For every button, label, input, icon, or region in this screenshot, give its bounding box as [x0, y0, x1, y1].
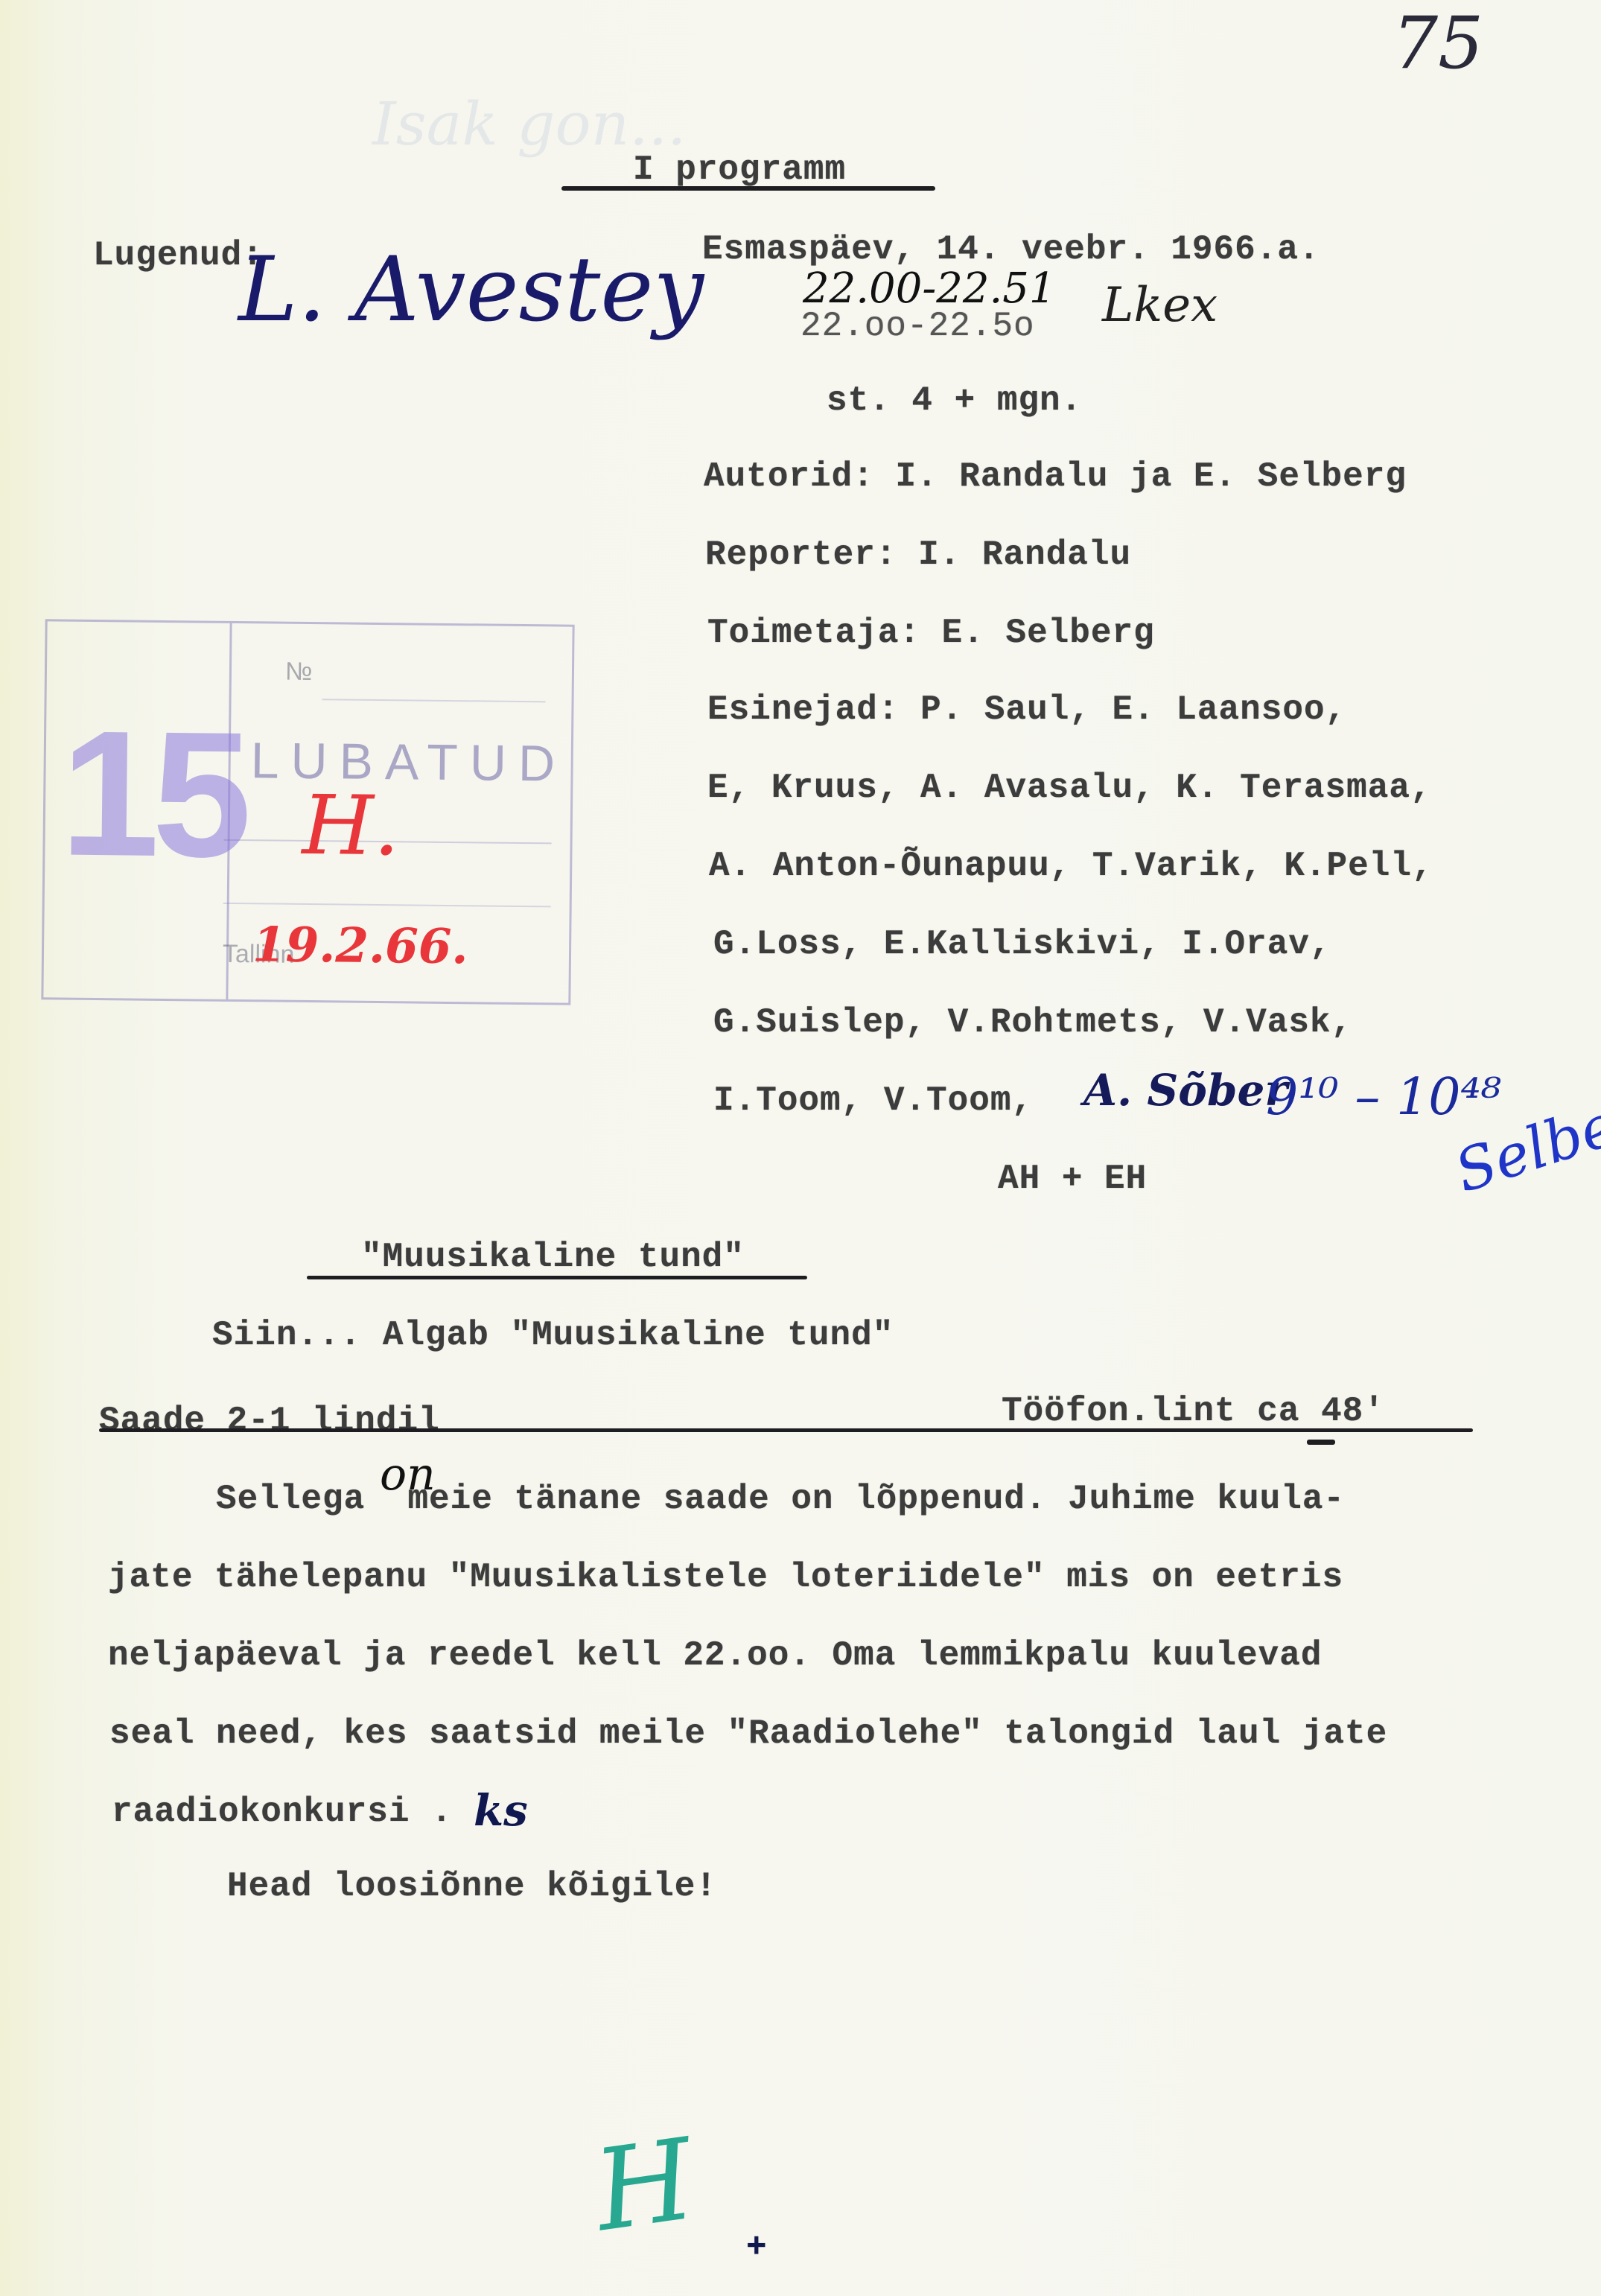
body-correction-suffix: ks — [474, 1789, 528, 1832]
credit-label: Esinejad: — [707, 690, 899, 729]
handwritten-time-note: 9¹⁰ – 10⁴⁸ — [1266, 1072, 1501, 1123]
stamp-word: LUBATUD — [250, 731, 567, 792]
credit-label: Toimetaja: — [707, 614, 920, 652]
intro-line: Siin... Algab "Muusikaline tund" — [212, 1318, 894, 1352]
date-line: Esmaspäev, 14. veebr. 1966.a. — [702, 232, 1320, 267]
show-title-underline — [307, 1276, 807, 1279]
credit-editor: Toimetaja: E. Selberg — [707, 616, 1155, 650]
performers-line: G.Suislep, V.Rohtmets, V.Vask, — [713, 1005, 1352, 1040]
credit-label: Reporter: — [705, 535, 897, 574]
program-heading: I programm — [633, 153, 846, 187]
stamp-no-label: № — [285, 658, 313, 687]
stamp-no-line — [322, 699, 546, 702]
performer-handwritten-addition: A. Sõber — [1083, 1069, 1288, 1112]
credit-value: E. Selberg — [942, 614, 1155, 652]
body-correction-insert: on — [380, 1452, 436, 1497]
tape-left: Saade 2-1 lindil — [99, 1404, 440, 1438]
read-by-signature: L. Avestey — [238, 246, 704, 335]
credit-label: Autorid: — [704, 457, 874, 496]
stamp-line — [223, 903, 551, 908]
closing-line: Head loosiõnne kõigile! — [227, 1869, 717, 1904]
show-title: "Muusikaline tund" — [361, 1240, 745, 1274]
page-number: 75 — [1392, 7, 1483, 79]
performers-line: G.Loss, E.Kalliskivi, I.Orav, — [713, 927, 1331, 961]
body-line: seal need, kes saatsid meile "Raadiolehe… — [109, 1717, 1387, 1751]
performers-line: A. Anton-Õunapuu, T.Varik, K.Pell, — [709, 849, 1433, 883]
tape-right: Tööfon.lint ca 48' — [1002, 1394, 1385, 1428]
performers-line: E, Kruus, A. Avasalu, K. Terasmaa, — [707, 771, 1432, 805]
technicians-line: AH + EH — [998, 1162, 1147, 1196]
approval-stamp: 15 № LUBATUD Tallinn H. 19.2.66. — [41, 619, 574, 1005]
stamp-signature: H. — [302, 784, 400, 867]
credit-reporter: Reporter: I. Randalu — [705, 538, 1131, 572]
time-handwritten: 22.00-22.51 — [803, 268, 1056, 310]
time-handwritten-note: Lkex — [1102, 282, 1218, 329]
stamp-date: 19.2.66. — [252, 921, 468, 971]
bottom-plus-mark: + — [746, 2230, 768, 2265]
credit-authors: Autorid: I. Randalu ja E. Selberg — [704, 459, 1407, 494]
tape-underline — [99, 1428, 1473, 1432]
document-page: Isak gon... 75 I programm Lugenud: L. Av… — [0, 0, 1601, 2296]
credit-value: I. Randalu — [918, 535, 1131, 574]
credit-value: P. Saul, E. Laansoo, — [920, 690, 1346, 729]
body-line: jate tähelepanu "Muusikalistele loteriid… — [108, 1560, 1343, 1594]
studio-line: st. 4 + mgn. — [827, 384, 1082, 418]
body-line: neljapäeval ja reedel kell 22.oo. Oma le… — [108, 1638, 1322, 1673]
credit-performers: Esinejad: P. Saul, E. Laansoo, — [707, 693, 1346, 727]
body-line: raadiokonkursi . — [112, 1795, 453, 1829]
program-heading-underline — [561, 186, 935, 191]
bottom-initials: H — [588, 2124, 700, 2248]
bleed-through-text: Isak gon... — [372, 89, 686, 159]
correction-mark — [1307, 1440, 1335, 1445]
performers-line: I.Toom, V.Toom, — [713, 1084, 1033, 1118]
time-typed: 22.oo-22.5o — [800, 309, 1035, 343]
stamp-number: 15 — [60, 704, 245, 885]
credit-value: I. Randalu ja E. Selberg — [895, 457, 1407, 496]
